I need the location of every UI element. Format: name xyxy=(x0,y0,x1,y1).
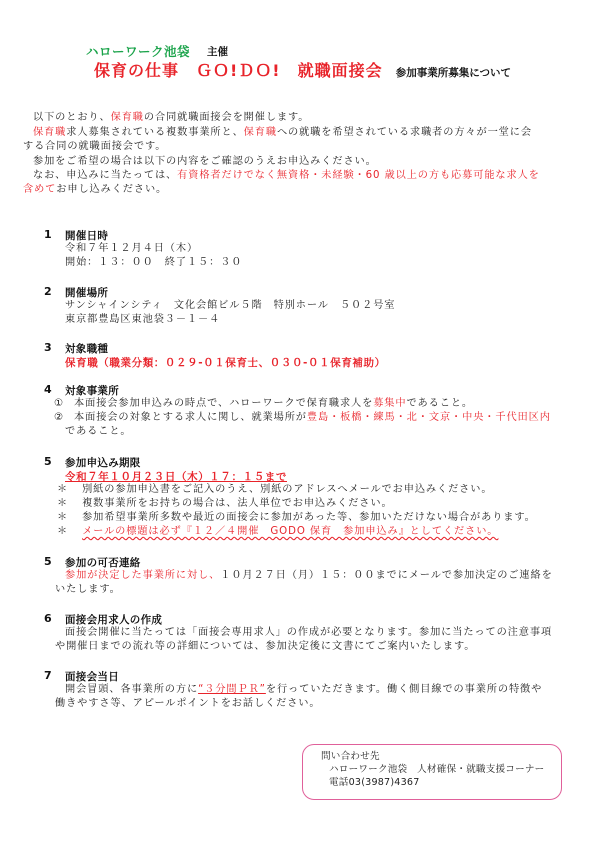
item-highlight: 募集中 xyxy=(373,398,406,409)
job-posting-line-1: 面接会開催に当たっては「面接会専用求人」の作成が必要となります。参加に当たっての… xyxy=(65,626,552,640)
note-text: 参加希望事業所多数や最近の面接会に参加があった等、参加いただけない場合があります… xyxy=(82,512,536,523)
note-item: ＊参加希望事業所多数や最近の面接会に参加があった等、参加いただけない場合がありま… xyxy=(57,511,536,525)
asterisk-icon: ＊ xyxy=(57,484,68,495)
section-heading-deadline: 参加申込み期限 xyxy=(65,455,141,470)
section-number: 6 xyxy=(44,612,52,625)
venue-address: 東京都豊島区東池袋３－１－４ xyxy=(65,313,220,327)
page-title: 保育の仕事 ＧＯ!ＤＯ! 就職面接会 参加事業所募集について xyxy=(94,58,511,81)
intro-line-4: 参加をご希望の場合は以下の内容をご確認のうえお申込みください。 xyxy=(33,155,377,169)
intro-text: 以下のとおり、 xyxy=(33,112,111,123)
section-number: 7 xyxy=(44,669,52,682)
confirmation-line-1: 参加が決定した事業所に対し、１０月２７日（月）１５：００までにメールで参加決定の… xyxy=(65,569,553,583)
intro-highlight: 有資格者だけでなく無資格・未経験・60 歳以上の方も応募可能な求人を xyxy=(177,170,540,181)
section-number: 3 xyxy=(44,341,52,354)
item-highlight: 豊島・板橋・練馬・北・文京・中央・千代田区内 xyxy=(307,412,551,423)
event-time: 開始：１３：００ 終了１５：３０ xyxy=(65,256,242,270)
section-heading-event-day: 面接会当日 xyxy=(65,669,119,684)
intro-line-2: 保育職求人募集されている複数事業所と、保育職への就職を希望されている求職者の方々… xyxy=(33,126,532,140)
item-text: 本面接会参加申込みの時点で、ハローワークで保育職求人を xyxy=(74,398,373,409)
event-day-line-2: 働きやすさ等、アピールポイントをお話しください。 xyxy=(55,697,321,711)
event-date: 令和７年１２月４日（木） xyxy=(65,242,198,256)
venue-name: サンシャインシティ 文化会館ビル５階 特別ホール ５０２号室 xyxy=(65,299,395,313)
asterisk-icon: ＊ xyxy=(57,498,68,509)
section-heading-job-posting: 面接会用求人の作成 xyxy=(65,612,162,627)
eligibility-item-2-cont: であること。 xyxy=(65,425,132,439)
section-number: 5 xyxy=(44,555,52,568)
section-heading-venue: 開催場所 xyxy=(65,285,108,300)
pr-highlight: “３分間ＰＲ” xyxy=(198,684,266,695)
note-item: ＊メールの標題は必ず『１２／４開催 GODO 保育 参加申込み』としてください。 xyxy=(57,525,498,539)
event-day-text: を行っていただきます。働く側目線での事業所の特徴や xyxy=(266,684,542,695)
contact-phone: 電話03(3987)4367 xyxy=(329,776,420,789)
item-text: 本面接会の対象とする求人に関し、就業場所が xyxy=(74,412,307,423)
intro-line-3: する合同の就職面接会です。 xyxy=(23,140,166,154)
contact-office: ハローワーク池袋 人材確保・就職支援コーナー xyxy=(329,763,544,776)
event-day-line-1: 開会冒頭、各事業所の方に“３分間ＰＲ”を行っていただきます。働く側目線での事業所… xyxy=(65,683,542,697)
item-marker: ② xyxy=(54,412,64,423)
job-posting-line-2: や開催日までの流れ等の詳細については、参加決定後に文書にてご案内いたします。 xyxy=(55,640,475,654)
event-subtitle: 参加事業所募集について xyxy=(396,67,511,79)
eligibility-item-2: ②本面接会の対象とする求人に関し、就業場所が豊島・板橋・練馬・北・文京・中央・千… xyxy=(54,411,551,425)
confirmation-highlight: 参加が決定した事業所に対し、 xyxy=(65,570,220,581)
host-label: 主催 xyxy=(207,44,228,59)
section-heading-confirmation: 参加の可否連絡 xyxy=(65,555,141,570)
intro-text: 求人募集されている複数事業所と、 xyxy=(66,127,243,138)
section-number: 1 xyxy=(44,228,52,241)
intro-text: お申し込みください。 xyxy=(56,184,167,195)
confirmation-line-2: いたします。 xyxy=(55,583,121,597)
event-day-text: 開会冒頭、各事業所の方に xyxy=(65,684,198,695)
contact-box: 問い合わせ先 ハローワーク池袋 人材確保・就職支援コーナー 電話03(3987)… xyxy=(302,744,562,800)
intro-line-1: 以下のとおり、保育職の合同就職面接会を開催します。 xyxy=(33,111,309,125)
job-classification: 保育職（職業分類：０２９-０１保育士、０３０-０１保育補助） xyxy=(65,355,386,370)
section-number: 5 xyxy=(44,455,52,468)
item-text: であること。 xyxy=(406,398,473,409)
intro-text: なお、申込みに当たっては、 xyxy=(33,170,177,181)
note-text: 複数事業所をお持ちの場合は、法人単位でお申込みください。 xyxy=(82,498,392,509)
intro-highlight: 保育職 xyxy=(33,127,66,138)
note-text: 別紙の参加申込書をご記入のうえ、別紙のアドレスへメールでお申込みください。 xyxy=(82,484,492,495)
intro-highlight: 含めて xyxy=(23,184,56,195)
intro-highlight: 保育職 xyxy=(111,112,144,123)
asterisk-icon: ＊ xyxy=(57,512,68,523)
section-number: 4 xyxy=(44,383,52,396)
eligibility-item-1: ①本面接会参加申込みの時点で、ハローワークで保育職求人を募集中であること。 xyxy=(54,397,473,411)
item-marker: ① xyxy=(54,398,64,409)
event-title: 保育の仕事 ＧＯ!ＤＯ! 就職面接会 xyxy=(94,61,383,80)
section-heading-date: 開催日時 xyxy=(65,228,108,243)
section-number: 2 xyxy=(44,285,52,298)
section-heading-job-type: 対象職種 xyxy=(65,341,108,356)
note-text-email-subject: メールの標題は必ず『１２／４開催 GODO 保育 参加申込み』としてください。 xyxy=(82,526,498,537)
note-item: ＊別紙の参加申込書をご記入のうえ、別紙のアドレスへメールでお申込みください。 xyxy=(57,483,492,497)
asterisk-icon: ＊ xyxy=(57,526,68,537)
intro-text: の合同就職面接会を開催します。 xyxy=(144,112,310,123)
section-heading-eligible: 対象事業所 xyxy=(65,383,119,398)
contact-label: 問い合わせ先 xyxy=(321,750,380,763)
intro-text: への就職を希望されている求職者の方々が一堂に会 xyxy=(277,127,532,138)
note-item: ＊複数事業所をお持ちの場合は、法人単位でお申込みください。 xyxy=(57,497,393,511)
confirmation-text: １０月２７日（月）１５：００までにメールで参加決定のご連絡を xyxy=(220,570,552,581)
intro-line-5: なお、申込みに当たっては、有資格者だけでなく無資格・未経験・60 歳以上の方も応… xyxy=(33,169,540,183)
application-deadline: 令和７年１０月２３日（木）１７：１５まで xyxy=(65,469,287,484)
intro-highlight: 保育職 xyxy=(244,127,277,138)
intro-line-6: 含めてお申し込みください。 xyxy=(23,183,167,197)
